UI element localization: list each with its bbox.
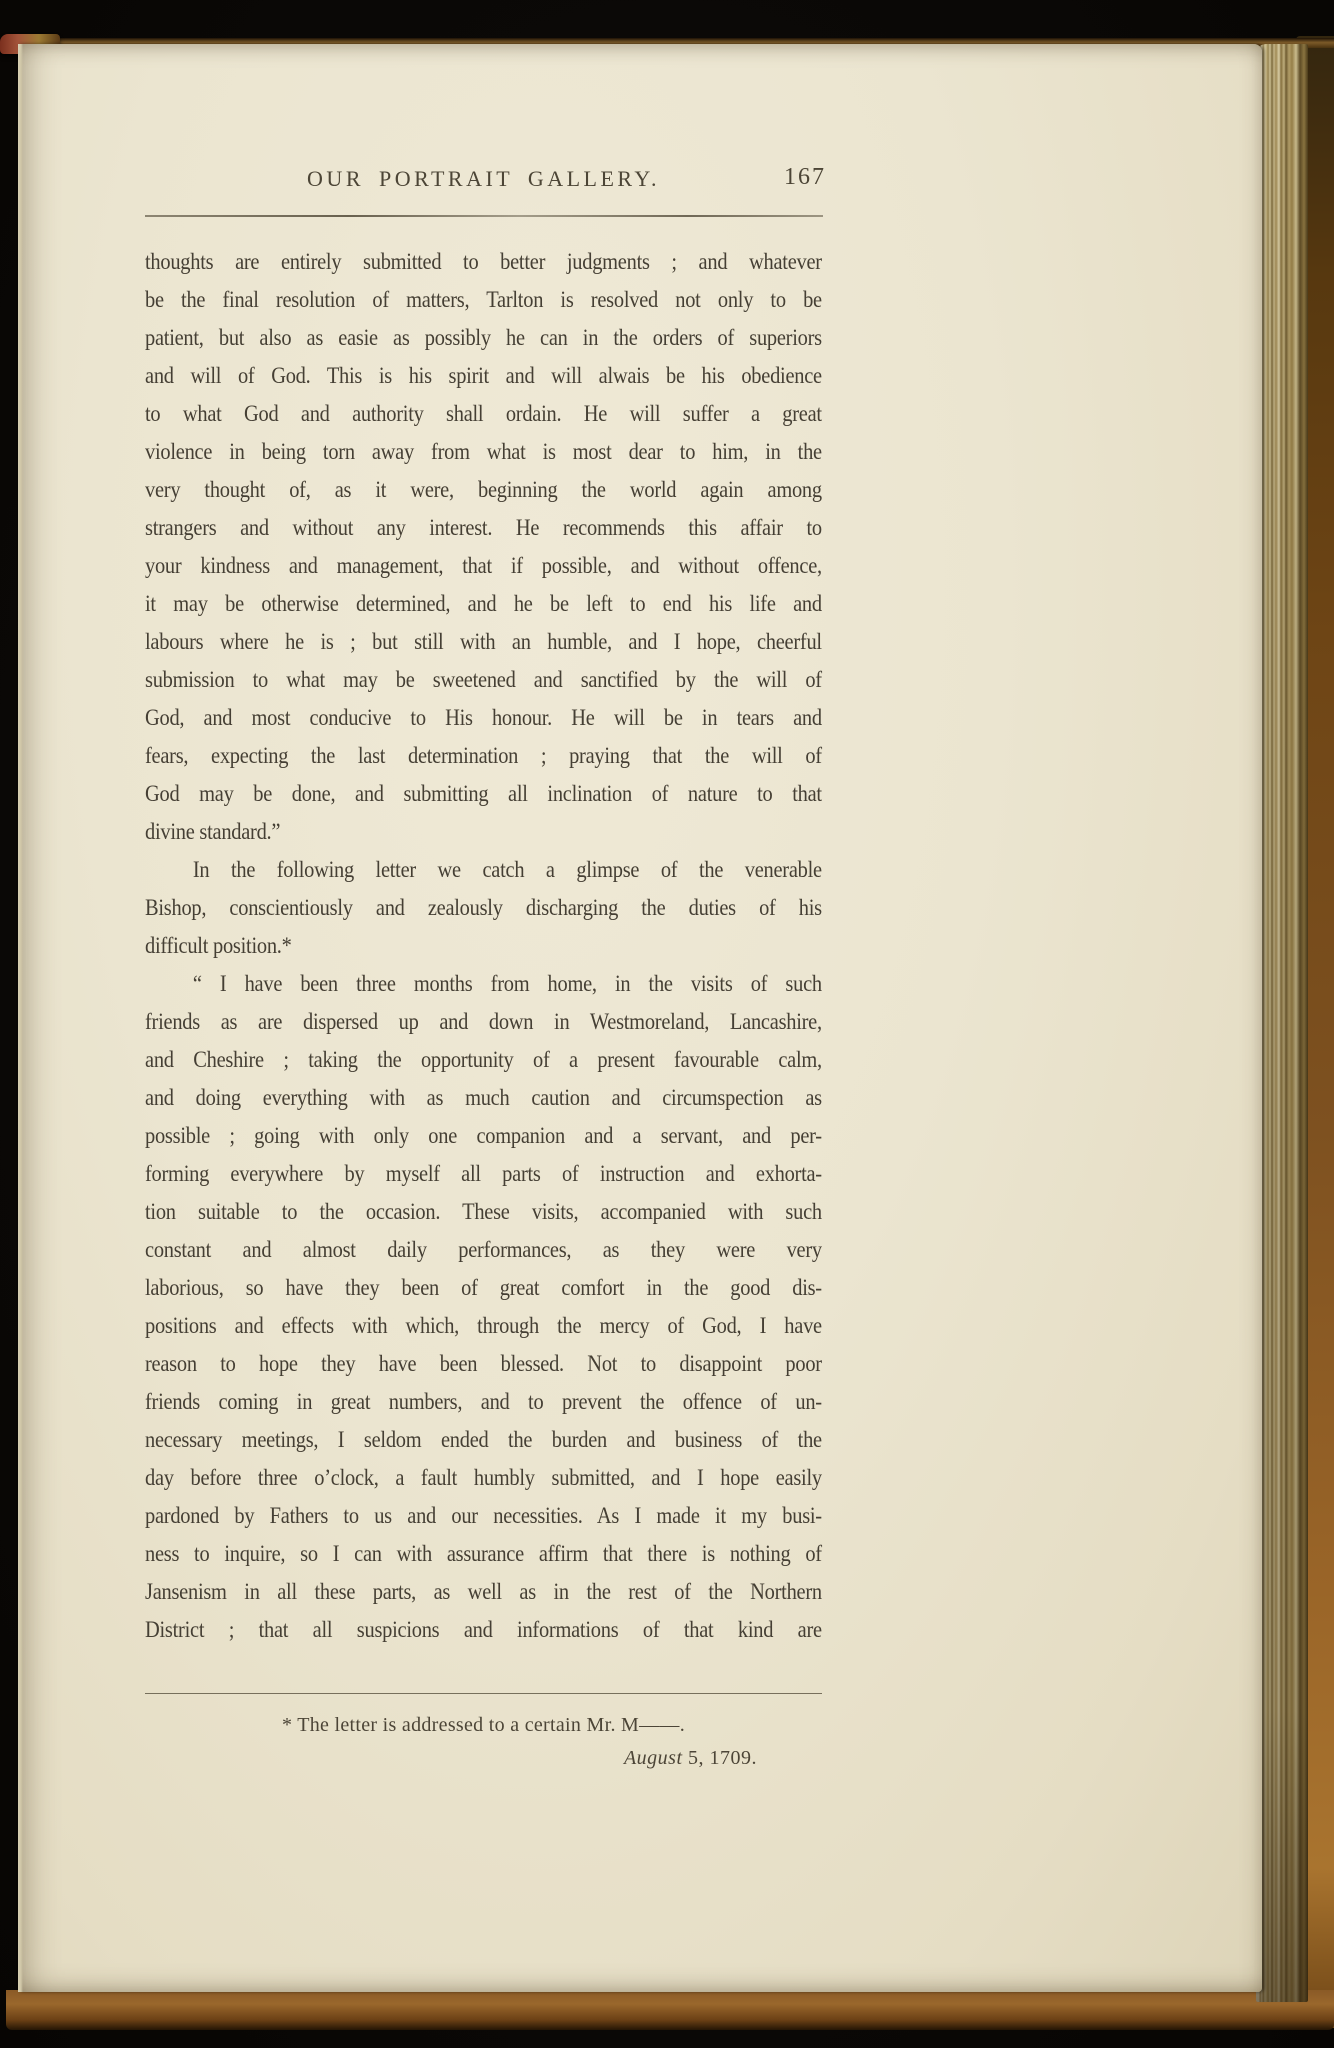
- text-line: thoughts are entirely submitted to bette…: [145, 243, 822, 281]
- text-line: “ I have been three months from home, in…: [145, 965, 822, 1003]
- text-line: your kindness and management, that if po…: [145, 547, 822, 585]
- footnote-date-rest: 5, 1709.: [683, 1747, 758, 1769]
- page-number: 167: [784, 164, 826, 191]
- text-line: be the final resolution of matters, Tarl…: [145, 281, 822, 319]
- text-line: patient, but also as easie as possibly h…: [145, 319, 822, 357]
- text-line: friends as are dispersed up and down in …: [145, 1003, 822, 1041]
- text-line: and Cheshire ; taking the opportunity of…: [145, 1041, 822, 1079]
- page-header: OUR PORTRAIT GALLERY. 167: [145, 166, 822, 196]
- footnote-date-month: August: [624, 1747, 683, 1769]
- text-line: submission to what may be sweetened and …: [145, 661, 822, 699]
- text-line: violence in being torn away from what is…: [145, 433, 822, 471]
- text-line: Jansenism in all these parts, as well as…: [145, 1573, 822, 1611]
- text-line: to what God and authority shall ordain. …: [145, 395, 822, 433]
- text-line: pardoned by Fathers to us and our necess…: [145, 1497, 822, 1535]
- text-line: and doing everything with as much cautio…: [145, 1079, 822, 1117]
- text-line: friends coming in great numbers, and to …: [145, 1383, 822, 1421]
- text-line: labours where he is ; but still with an …: [145, 623, 822, 661]
- text-line: it may be otherwise determined, and he b…: [145, 585, 822, 623]
- text-line: day before three o’clock, a fault humbly…: [145, 1459, 822, 1497]
- text-line: forming everywhere by myself all parts o…: [145, 1155, 822, 1193]
- body-text-block: thoughts are entirely submitted to bette…: [145, 243, 822, 1649]
- text-line: laborious, so have they been of great co…: [145, 1269, 822, 1307]
- footnote-text: * The letter is addressed to a certain M…: [145, 1714, 822, 1737]
- header-rule: [145, 215, 823, 217]
- text-line: Bishop, conscientiously and zealously di…: [145, 889, 822, 927]
- scanned-book-photo: OUR PORTRAIT GALLERY. 167 thoughts are e…: [0, 0, 1334, 2048]
- text-line: very thought of, as it were, beginning t…: [145, 471, 822, 509]
- text-line: positions and effects with which, throug…: [145, 1307, 822, 1345]
- text-line: constant and almost daily performances, …: [145, 1231, 822, 1269]
- text-line: reason to hope they have been blessed. N…: [145, 1345, 822, 1383]
- footnote-date: August 5, 1709.: [145, 1747, 757, 1770]
- page-stack-fore-edge: [1256, 44, 1308, 2002]
- footnote-rule: [145, 1693, 822, 1694]
- text-line: God, and most conducive to His honour. H…: [145, 699, 822, 737]
- text-line: tion suitable to the occasion. These vis…: [145, 1193, 822, 1231]
- text-line: possible ; going with only one companion…: [145, 1117, 822, 1155]
- text-line: difficult position.*: [145, 927, 822, 965]
- text-line: and will of God. This is his spirit and …: [145, 357, 822, 395]
- text-line: necessary meetings, I seldom ended the b…: [145, 1421, 822, 1459]
- text-line: In the following letter we catch a glimp…: [145, 851, 822, 889]
- text-line: God may be done, and submitting all incl…: [145, 775, 822, 813]
- text-line: District ; that all suspicions and infor…: [145, 1611, 822, 1649]
- text-line: divine standard.”: [145, 813, 822, 851]
- book-bottom-trim: [6, 1990, 1334, 2030]
- text-line: fears, expecting the last determination …: [145, 737, 822, 775]
- text-line: strangers and without any interest. He r…: [145, 509, 822, 547]
- running-header-title: OUR PORTRAIT GALLERY.: [145, 166, 822, 192]
- book-page: OUR PORTRAIT GALLERY. 167 thoughts are e…: [18, 44, 1262, 1992]
- text-line: ness to inquire, so I can with assurance…: [145, 1535, 822, 1573]
